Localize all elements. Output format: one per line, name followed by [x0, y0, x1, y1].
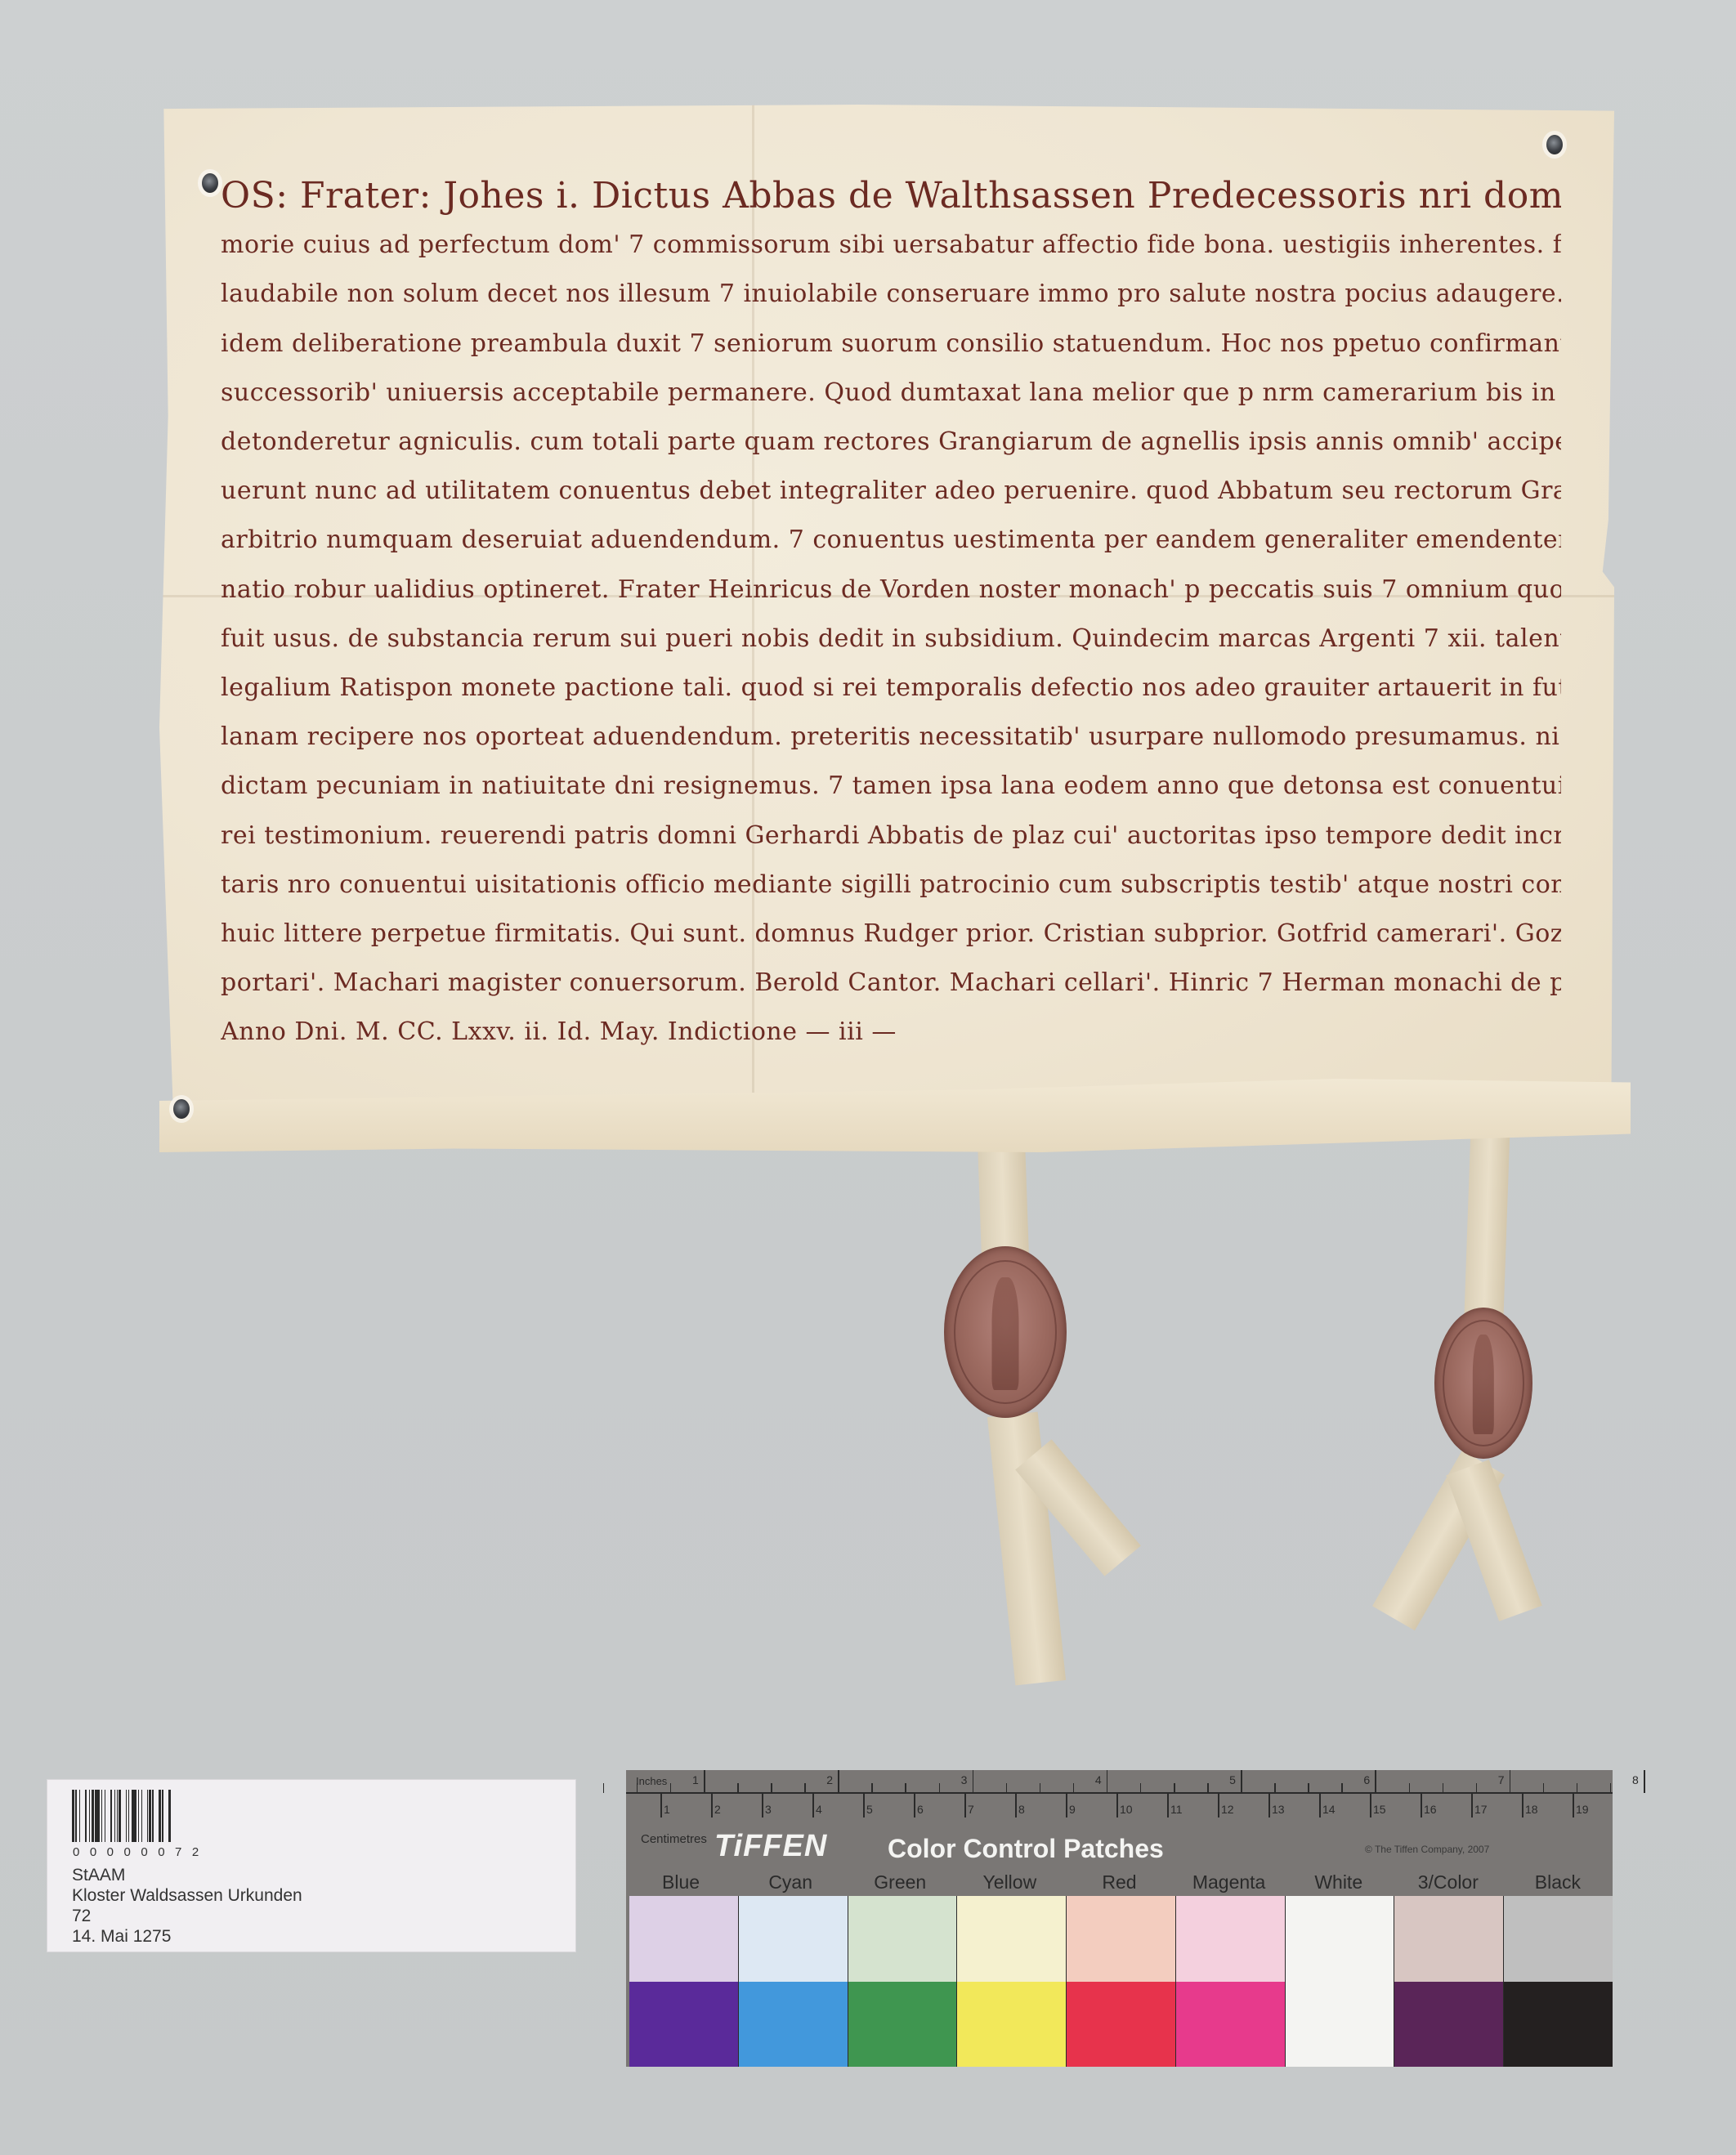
cm-tick — [964, 1793, 966, 1817]
charter-line: rei testimonium. reuerendi patris domni … — [221, 811, 1561, 861]
cm-number: 7 — [968, 1803, 974, 1816]
patch-blue — [629, 1896, 738, 2067]
patch-white — [1285, 1896, 1394, 2067]
cm-number: 10 — [1120, 1803, 1133, 1816]
inch-subtick — [1040, 1783, 1041, 1793]
seal-figure-icon — [1473, 1335, 1494, 1434]
patch-swatch-dark — [957, 1982, 1066, 2068]
charter-line: legalium Ratispon monete pactione tali. … — [221, 664, 1561, 713]
seal-right — [1434, 1308, 1532, 1459]
cm-tick — [1319, 1793, 1321, 1817]
cm-tick — [1015, 1793, 1017, 1817]
cm-tick — [1421, 1793, 1422, 1817]
inch-subtick — [1207, 1783, 1209, 1793]
cm-number: 5 — [866, 1803, 873, 1816]
patch-yellow — [956, 1896, 1066, 2067]
inch-tick — [1375, 1770, 1376, 1793]
inch-number: 6 — [1363, 1773, 1370, 1786]
patch-swatch-light — [1286, 1896, 1394, 1982]
patch-swatch-light — [1394, 1896, 1503, 1982]
cm-number: 4 — [816, 1803, 822, 1816]
inch-subtick — [1308, 1783, 1309, 1793]
inch-tick — [1510, 1770, 1511, 1793]
patch-label-red: Red — [1064, 1867, 1174, 1896]
inch-subtick — [771, 1783, 772, 1793]
seal-tag-right — [1464, 1135, 1510, 1333]
cm-tick — [914, 1793, 915, 1817]
inch-subtick — [1274, 1783, 1276, 1793]
barcode-icon — [72, 1790, 172, 1842]
inch-tick — [704, 1770, 705, 1793]
cm-number: 15 — [1373, 1803, 1386, 1816]
cm-tick — [660, 1793, 662, 1817]
cm-number: 12 — [1221, 1803, 1234, 1816]
card-title: Color Control Patches — [888, 1834, 1164, 1864]
patch-label-white: White — [1284, 1867, 1394, 1896]
cm-tick — [863, 1793, 865, 1817]
cm-tick — [1471, 1793, 1473, 1817]
seal-figure-icon — [992, 1277, 1019, 1391]
inch-number: 2 — [826, 1773, 833, 1786]
color-patches — [629, 1896, 1613, 2067]
cm-number: 6 — [917, 1803, 924, 1816]
mount-hole-bottom-left — [173, 1099, 190, 1119]
charter-line: OS: Frater: Johes i. Dictus Abbas de Wal… — [221, 172, 1561, 221]
patch-swatch-light — [1504, 1896, 1613, 1982]
cm-tick — [812, 1793, 814, 1817]
charter-line: arbitrio numquam deseruiat aduendendum. … — [221, 516, 1561, 565]
cm-number: 13 — [1272, 1803, 1285, 1816]
inch-number: 4 — [1095, 1773, 1102, 1786]
inch-subtick — [1341, 1783, 1343, 1793]
label-item-number: 72 — [72, 1906, 302, 1926]
patch-red — [1066, 1896, 1175, 2067]
cm-number: 17 — [1474, 1803, 1488, 1816]
charter-line: uerunt nunc ad utilitatem conuentus debe… — [221, 467, 1561, 516]
charter-line: huic littere perpetue firmitatis. Qui su… — [221, 910, 1561, 959]
charter-line: dictam pecuniam in natiuitate dni resign… — [221, 762, 1561, 811]
inch-subtick — [804, 1783, 806, 1793]
inch-subtick — [1073, 1783, 1075, 1793]
inch-tick — [1644, 1770, 1645, 1793]
inch-subtick — [637, 1783, 638, 1793]
charter-line: portari'. Machari magister conuersorum. … — [221, 959, 1561, 1008]
charter-line: morie cuius ad perfectum dom' 7 commisso… — [221, 221, 1561, 270]
inch-number: 1 — [692, 1773, 699, 1786]
label-collection: Kloster Waldsassen Urkunden — [72, 1885, 302, 1906]
label-date: 14. Mai 1275 — [72, 1926, 302, 1947]
patch-label-yellow: Yellow — [955, 1867, 1064, 1896]
inch-subtick — [670, 1783, 672, 1793]
cm-tick — [1522, 1793, 1523, 1817]
charter-text: OS: Frater: Johes i. Dictus Abbas de Wal… — [221, 172, 1561, 1057]
ruler-inches-label: Inches — [636, 1775, 667, 1787]
inch-tick — [1107, 1770, 1108, 1793]
label-archive: StAAM — [72, 1865, 302, 1885]
cm-tick — [1066, 1793, 1067, 1817]
patch-label-black: Black — [1503, 1867, 1613, 1896]
cm-tick — [1167, 1793, 1169, 1817]
inch-subtick — [1140, 1783, 1142, 1793]
inch-subtick — [1409, 1783, 1411, 1793]
patch-swatch-light — [629, 1896, 738, 1982]
cm-number: 19 — [1576, 1803, 1589, 1816]
inch-subtick — [871, 1783, 873, 1793]
inch-number: 8 — [1632, 1773, 1639, 1786]
charter-line: idem deliberatione preambula duxit 7 sen… — [221, 320, 1561, 369]
inch-subtick — [1174, 1783, 1175, 1793]
catalogue-label: 00000072 StAAM Kloster Waldsassen Urkund… — [47, 1779, 576, 1952]
barcode-number: 00000072 — [73, 1845, 209, 1859]
patch-swatch-light — [1067, 1896, 1175, 1982]
inch-tick — [1241, 1770, 1242, 1793]
cm-number: 2 — [714, 1803, 721, 1816]
patch-swatch-light — [1176, 1896, 1285, 1982]
mount-hole-top-right — [1546, 135, 1563, 154]
inch-subtick — [1610, 1783, 1612, 1793]
seal-left — [944, 1246, 1067, 1418]
cm-tick — [1370, 1793, 1371, 1817]
charter-line: Anno Dni. M. CC. Lxxv. ii. Id. May. Indi… — [221, 1008, 1561, 1057]
ruler-centimetres-label: Centimetres — [641, 1832, 707, 1846]
cm-number: 14 — [1322, 1803, 1336, 1816]
patch-swatch-dark — [848, 1982, 957, 2068]
cm-tick — [1116, 1793, 1118, 1817]
cm-number: 1 — [664, 1803, 670, 1816]
patch-label-green: Green — [845, 1867, 955, 1896]
inch-number: 5 — [1229, 1773, 1236, 1786]
charter-line: natio robur ualidius optineret. Frater H… — [221, 566, 1561, 615]
cm-number: 18 — [1525, 1803, 1538, 1816]
cm-number: 16 — [1424, 1803, 1437, 1816]
patch-label-blue: Blue — [626, 1867, 736, 1896]
patch-swatch-dark — [1067, 1982, 1175, 2068]
charter-line: taris nro conuentui uisitationis officio… — [221, 861, 1561, 910]
patch-magenta — [1175, 1896, 1285, 2067]
cm-tick — [1268, 1793, 1270, 1817]
tiffen-logo: TiFFEN — [714, 1829, 827, 1864]
charter-line: detonderetur agniculis. cum totali parte… — [221, 418, 1561, 467]
inch-subtick — [1006, 1783, 1008, 1793]
card-copyright: © The Tiffen Company, 2007 — [1365, 1844, 1489, 1855]
cm-tick — [711, 1793, 713, 1817]
cm-number: 3 — [765, 1803, 772, 1816]
cm-number: 8 — [1018, 1803, 1025, 1816]
cm-number: 11 — [1170, 1803, 1183, 1816]
inch-subtick — [1476, 1783, 1478, 1793]
charter-line: lanam recipere nos oporteat aduendendum.… — [221, 713, 1561, 762]
patch-swatch-dark — [1286, 1982, 1394, 2068]
inch-tick — [838, 1770, 839, 1793]
patch-black — [1503, 1896, 1613, 2067]
inch-tick — [973, 1770, 974, 1793]
inch-subtick — [1577, 1783, 1578, 1793]
patch-green — [848, 1896, 957, 2067]
patch-swatch-light — [739, 1896, 848, 1982]
ruler: Inches 123456781234567891011121314151617… — [626, 1770, 1613, 1826]
charter-line: fuit usus. de substancia rerum sui pueri… — [221, 615, 1561, 664]
ruler-axis — [626, 1792, 1613, 1794]
inch-number: 3 — [961, 1773, 968, 1786]
cm-tick — [1573, 1793, 1574, 1817]
charter-line: laudabile non solum decet nos illesum 7 … — [221, 270, 1561, 319]
patch-swatch-light — [957, 1896, 1066, 1982]
charter-line: successorib' uniuersis acceptabile perma… — [221, 369, 1561, 418]
inch-subtick — [737, 1783, 739, 1793]
inch-subtick — [1443, 1783, 1444, 1793]
patch-swatch-dark — [629, 1982, 738, 2068]
patch-swatch-dark — [1394, 1982, 1503, 2068]
inch-subtick — [939, 1783, 941, 1793]
cm-tick — [1218, 1793, 1219, 1817]
patch-3color — [1394, 1896, 1503, 2067]
cm-tick — [762, 1793, 763, 1817]
cm-number: 9 — [1069, 1803, 1076, 1816]
mount-hole-top-left — [202, 173, 218, 193]
inch-subtick — [603, 1783, 605, 1793]
patch-swatch-dark — [1176, 1982, 1285, 2068]
inch-number: 7 — [1498, 1773, 1505, 1786]
inch-subtick — [905, 1783, 906, 1793]
patch-swatch-dark — [1504, 1982, 1613, 2068]
patch-label-3color: 3/Color — [1394, 1867, 1503, 1896]
color-control-card: Inches 123456781234567891011121314151617… — [626, 1770, 1613, 2067]
patch-swatch-light — [848, 1896, 957, 1982]
patch-labels: Blue Cyan Green Yellow Red Magenta White… — [626, 1867, 1613, 1896]
patch-cyan — [738, 1896, 848, 2067]
patch-label-magenta: Magenta — [1174, 1867, 1284, 1896]
patch-label-cyan: Cyan — [736, 1867, 845, 1896]
patch-swatch-dark — [739, 1982, 848, 2068]
inch-subtick — [1543, 1783, 1545, 1793]
